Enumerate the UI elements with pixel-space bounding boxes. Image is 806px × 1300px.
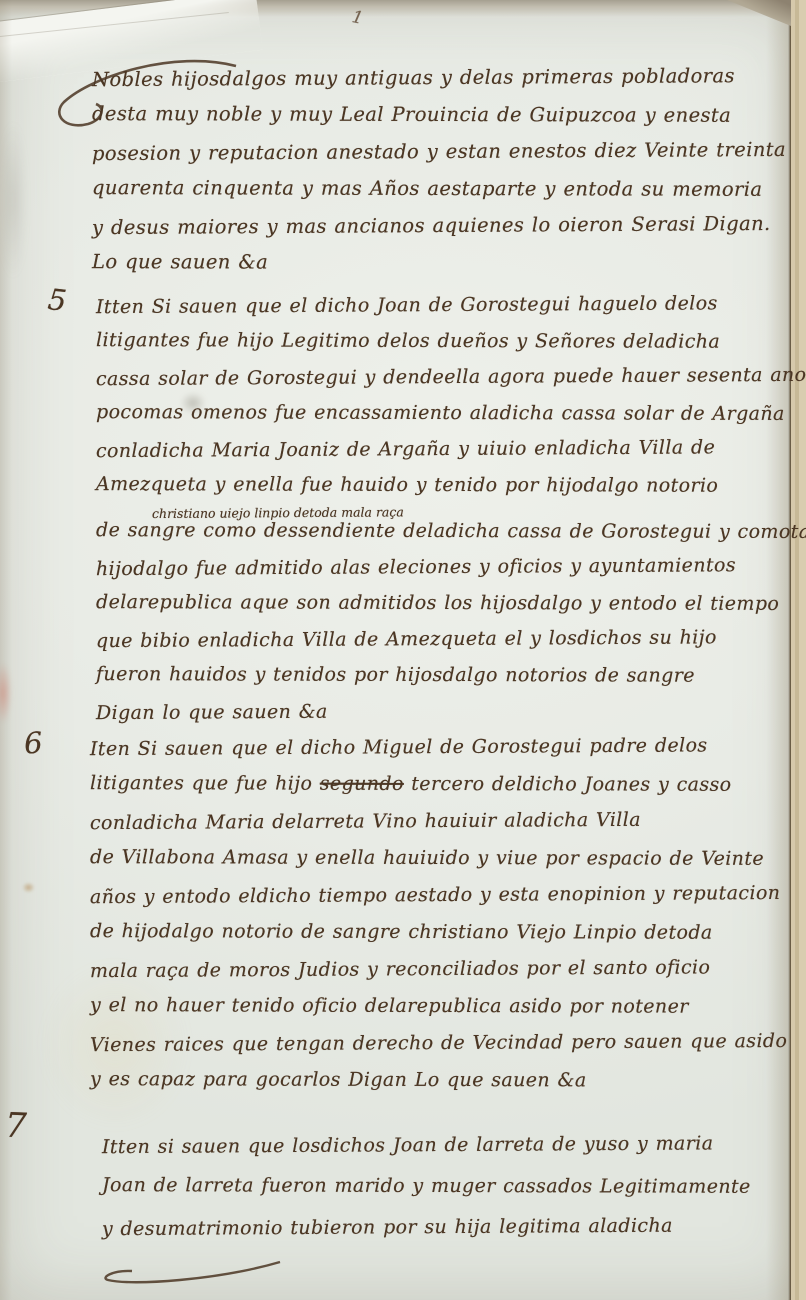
line-segment: litigantes que fue hijo — [90, 772, 320, 795]
manuscript-line: años y entodo eldicho tiempo aestado y e… — [90, 882, 796, 923]
manuscript-line: y es capaz para gocarlos Digan Lo que sa… — [90, 1068, 796, 1107]
line-segment: tercero deldicho Joanes y casso — [404, 773, 732, 796]
manuscript-line: Nobles hijosdalgos muy antiguas y delas … — [92, 64, 792, 105]
manuscript-line: Iten Si sauen que el dicho Miguel de Gor… — [90, 734, 796, 775]
manuscript-photo: 1 5 6 7 Nobles hijosdalgos muy antiguas … — [0, 0, 806, 1300]
brown-spot-stain — [22, 882, 35, 893]
manuscript-line: litigantes fue hijo Legitimo delos dueño… — [96, 329, 796, 367]
manuscript-line: conladicha Maria delarreta Vino hauiuir … — [90, 808, 796, 849]
paragraph-6: Iten Si sauen que el dicho Miguel de Gor… — [90, 736, 796, 1106]
manuscript-line: Digan lo que sauen &a — [96, 698, 796, 738]
manuscript-line: y desumatrimonio tubieron por su hija le… — [102, 1214, 802, 1259]
margin-number-6: 6 — [23, 725, 44, 760]
manuscript-line: cassa solar de Gorostegui y dendeella ag… — [96, 364, 796, 404]
manuscript-line: mala raça de moros Judios y reconciliado… — [90, 956, 796, 997]
manuscript-line: hijodalgo fue admitido alas eleciones y … — [96, 554, 796, 594]
manuscript-line: y desus maiores y mas ancianos aquienes … — [92, 212, 792, 253]
manuscript-line: Joan de larreta fueron marido y muger ca… — [102, 1174, 802, 1217]
paragraph-intro: Nobles hijosdalgos muy antiguas y delas … — [92, 66, 792, 288]
manuscript-line: que bibio enladicha Villa de Amezqueta e… — [96, 626, 796, 666]
manuscript-line: posesion y reputacion anestado y estan e… — [92, 138, 792, 179]
manuscript-line: pocomas omenos fue encassamiento aladich… — [96, 401, 796, 439]
manuscript-line: de hijodalgo notorio de sangre christian… — [90, 920, 796, 959]
manuscript-line: de Villabona Amasa y enella hauiuido y v… — [90, 846, 796, 885]
margin-number-5: 5 — [46, 282, 68, 318]
manuscript-line: y el no hauer tenido oficio delarepublic… — [90, 994, 796, 1033]
manuscript-line: delarepublica aque son admitidos los hij… — [96, 591, 796, 629]
paragraph-5: Itten Si sauen que el dicho Joan de Goro… — [96, 294, 796, 736]
manuscript-line: Itten si sauen que losdichos Joan de lar… — [102, 1132, 802, 1177]
manuscript-line: Lo que sauen &a — [92, 250, 792, 289]
manuscript-line: Vienes raices que tengan derecho de Veci… — [90, 1030, 796, 1071]
manuscript-line-with-strikeout: litigantes que fue hijo segundo tercero … — [90, 772, 796, 811]
left-grey-stain — [0, 120, 26, 280]
margin-number-7: 7 — [4, 1106, 27, 1147]
struck-word: segundo — [320, 773, 404, 795]
manuscript-line: fueron hauidos y tenidos por hijosdalgo … — [96, 663, 796, 701]
manuscript-line: quarenta cinquenta y mas Años aestaparte… — [92, 176, 792, 215]
manuscript-line: desta muy noble y muy Leal Prouincia de … — [92, 102, 792, 141]
manuscript-line: de sangre como dessendiente deladicha ca… — [96, 519, 796, 557]
manuscript-line: Itten Si sauen que el dicho Joan de Goro… — [96, 292, 796, 332]
paragraph-7: Itten si sauen que losdichos Joan de lar… — [102, 1134, 802, 1257]
manuscript-line: conladicha Maria Joaniz de Argaña y uiui… — [96, 436, 796, 476]
